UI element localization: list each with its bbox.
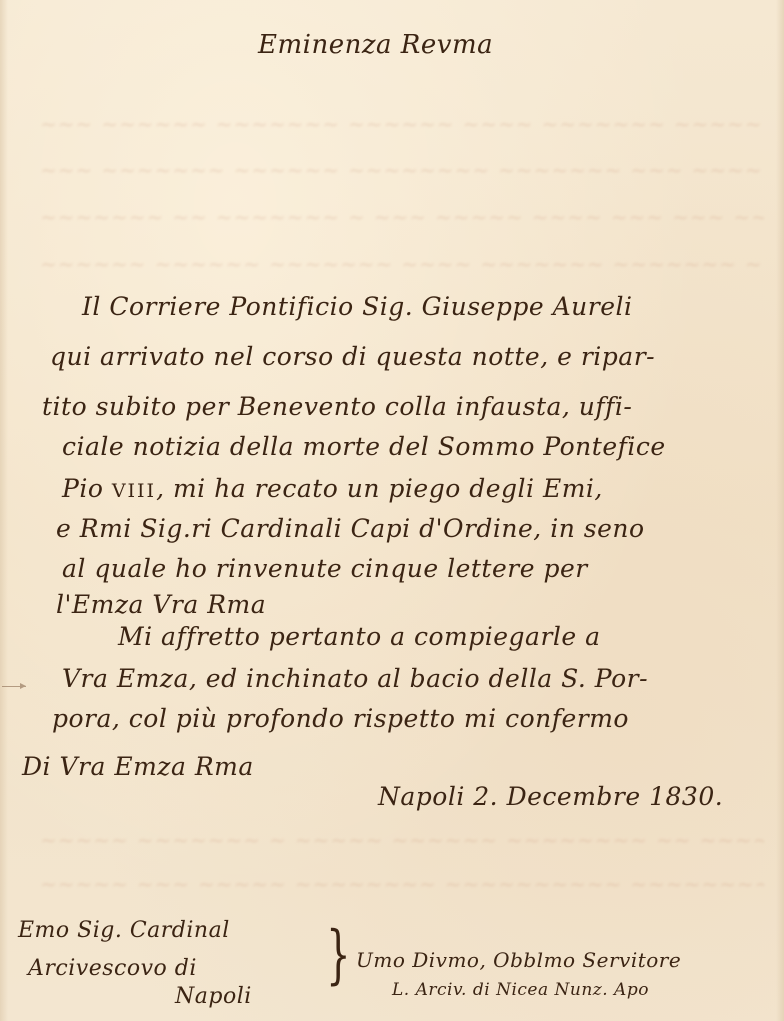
salutation: Eminenza Revma [258, 30, 493, 60]
body-line: ciale notizia della morte del Sommo Pont… [62, 432, 666, 461]
bleed-through-line: ~~~ ~~~~~~~ ~~~~~~ ~~~~~~~~ ~~~~~~~ ~~~ … [40, 158, 764, 182]
addressee-line: Emo Sig. Cardinal [18, 918, 230, 943]
bleed-through-line: ~~~~~ ~~~ ~~~~~ ~~~~~~~~ ~~~~~~~~~~ ~~~~… [40, 872, 764, 896]
body-line: Il Corriere Pontificio Sig. Giuseppe Aur… [82, 292, 632, 321]
brace-symbol: } [326, 918, 350, 992]
body-line: tito subito per Benevento colla infausta… [42, 392, 632, 421]
bleed-through-line: ~~~ ~~~~~~ ~~~~~~~ ~~~~~~ ~~~~ ~~~~~~~ ~… [40, 112, 764, 136]
body-line: al quale ho rinvenute cinque lettere per [62, 554, 588, 583]
body-line: l'Emza Vra Rma [56, 590, 266, 619]
bleed-through-line: ~~~~~~~ ~~ ~~~~~~~ ~ ~~~ ~~~~~ ~~~~ ~~~ … [40, 205, 764, 229]
body-line: qui arrivato nel corso di questa notte, … [50, 342, 655, 371]
body-line: pora, col più profondo rispetto mi confe… [52, 704, 629, 733]
pope-name: Pio [62, 474, 103, 503]
letter-page: ~~~ ~~~~~~ ~~~~~~~ ~~~~~~ ~~~~ ~~~~~~~ ~… [0, 0, 784, 1021]
regnal-number: VIII [112, 480, 156, 502]
paper-edge-right [776, 0, 784, 1021]
body-line: e Rmi Sig.ri Cardinali Capi d'Ordine, in… [56, 514, 645, 543]
body-line: Pio VIII, mi ha recato un piego degli Em… [62, 474, 603, 503]
addressee-line: Napoli [175, 984, 252, 1009]
body-line-continuation: , mi ha recato un piego degli Emi, [156, 474, 603, 503]
margin-arrow-mark [2, 686, 26, 687]
signature: L. Arciv. di Nicea Nunz. Apo [392, 980, 649, 1000]
addressee-line: Arcivescovo di [28, 956, 197, 981]
bleed-through-line: ~~~~~~ ~~~~~~ ~~~~~~~ ~~~~ ~~~~~~~ ~~~~~… [40, 252, 764, 276]
closing-formula: Umo Divmo, Obblmo Servitore [356, 948, 681, 972]
dateline: Napoli 2. Decembre 1830. [378, 782, 723, 811]
bleed-through-line: ~~~~~ ~~~~~~~ ~ ~~~~~ ~~~~~~ ~~~~~~~~ ~~… [40, 828, 764, 852]
body-line: Vra Emza, ed inchinato al bacio della S.… [62, 664, 648, 693]
body-line: Mi affretto pertanto a compiegarle a [118, 622, 601, 651]
paper-edge-left [0, 0, 8, 1021]
body-line: Di Vra Emza Rma [22, 752, 254, 781]
